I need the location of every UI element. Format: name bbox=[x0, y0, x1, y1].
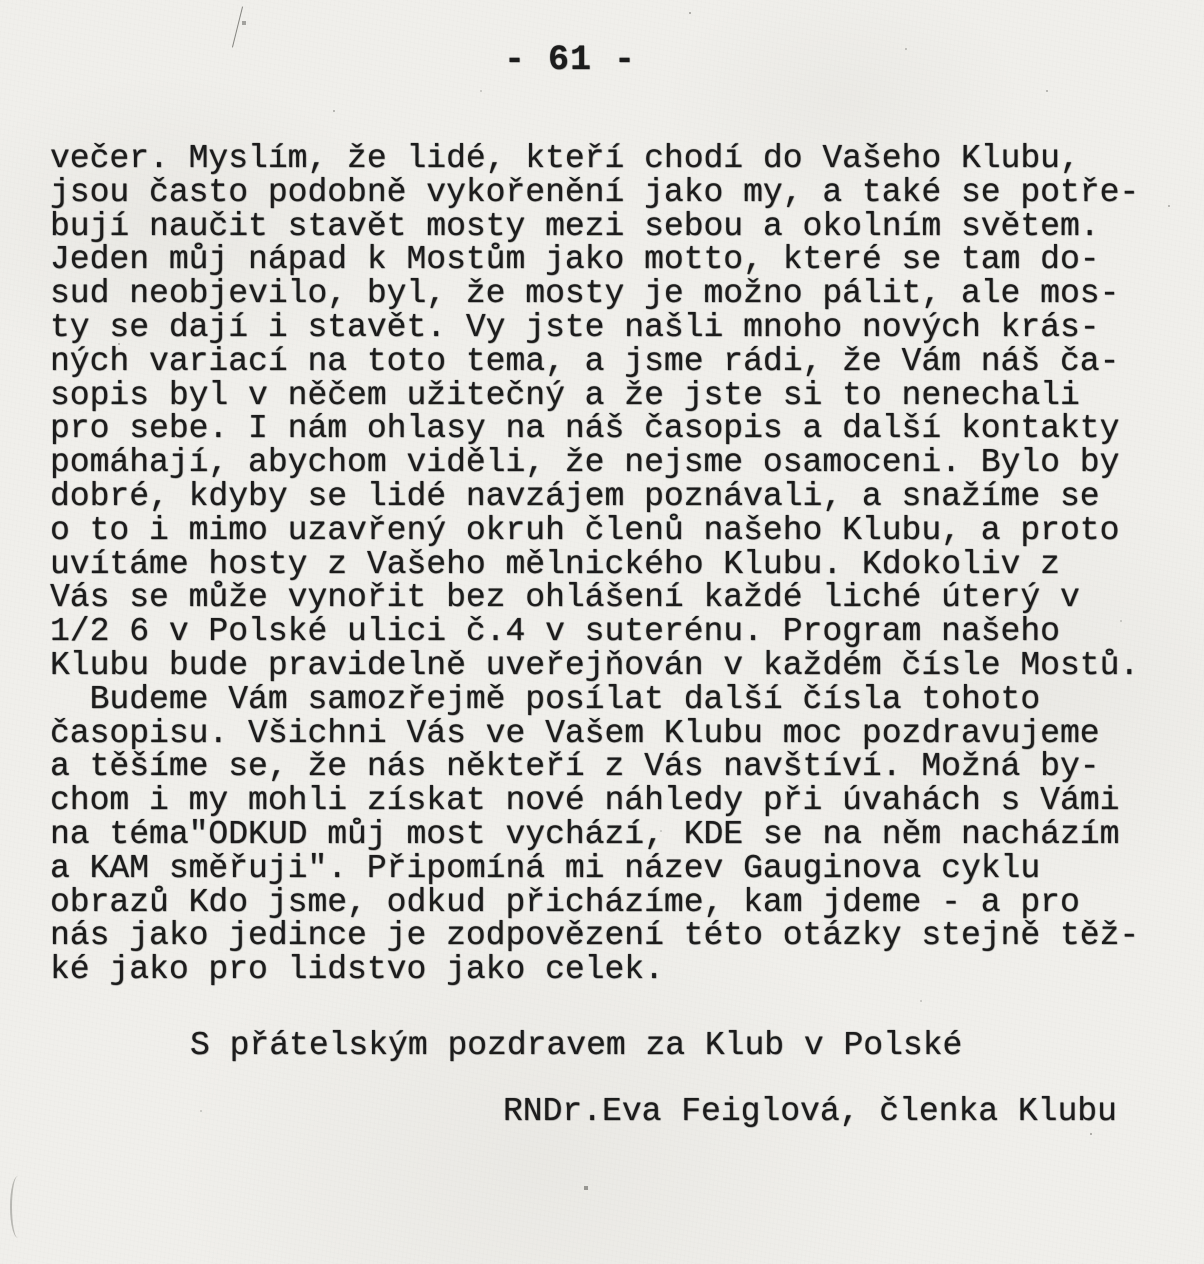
text-line: o to i mimo uzavřený okruh členů našeho … bbox=[50, 514, 1162, 548]
page-number: - 61 - bbox=[0, 40, 1172, 80]
text-line: časopisu. Všichni Vás ve Vašem Klubu moc… bbox=[50, 717, 1162, 751]
body-text: večer. Myslím, že lidé, kteří chodí do V… bbox=[50, 142, 1162, 987]
signature-line: RNDr.Eva Feiglová, členka Klubu bbox=[503, 1093, 1117, 1130]
text-line: ké jako pro lidstvo jako celek. bbox=[50, 953, 1162, 987]
text-line: nás jako jedince je zodpovězení této otá… bbox=[50, 919, 1162, 953]
dust-speckles bbox=[0, 0, 2, 2]
text-line: Klubu bude pravidelně uveřejňován v každ… bbox=[50, 649, 1162, 683]
text-line: pro sebe. I nám ohlasy na náš časopis a … bbox=[50, 412, 1162, 446]
text-line: jsou často podobně vykořenění jako my, a… bbox=[50, 176, 1162, 210]
text-line: pomáhají, abychom viděli, že nejsme osam… bbox=[50, 446, 1162, 480]
text-line: a těšíme se, že nás někteří z Vás navští… bbox=[50, 750, 1162, 784]
text-line: Vás se může vynořit bez ohlášení každé l… bbox=[50, 581, 1162, 615]
text-line: večer. Myslím, že lidé, kteří chodí do V… bbox=[50, 142, 1162, 176]
text-line: uvítáme hosty z Vašeho mělnického Klubu.… bbox=[50, 548, 1162, 582]
closing-line: S přátelským pozdravem za Klub v Polské bbox=[190, 1027, 962, 1064]
scanned-page: { "page": { "number_label": "- 61 -", "b… bbox=[0, 0, 1204, 1264]
text-line: a KAM směřuji". Připomíná mi název Gaugi… bbox=[50, 852, 1162, 886]
text-line: na téma"ODKUD můj most vychází, KDE se n… bbox=[50, 818, 1162, 852]
text-line: chom i my mohli získat nové náhledy při … bbox=[50, 784, 1162, 818]
text-line: sopis byl v něčem užitečný a že jste si … bbox=[50, 379, 1162, 413]
text-line: bují naučit stavět mosty mezi sebou a ok… bbox=[50, 210, 1162, 244]
text-line: sud neobjevilo, byl, že mosty je možno p… bbox=[50, 277, 1162, 311]
text-line: ných variací na toto tema, a jsme rádi, … bbox=[50, 345, 1162, 379]
text-line: Jeden můj nápad k Mostům jako motto, kte… bbox=[50, 243, 1162, 277]
text-line: obrazů Kdo jsme, odkud přicházíme, kam j… bbox=[50, 886, 1162, 920]
text-line: Budeme Vám samozřejmě posílat další čísl… bbox=[50, 683, 1162, 717]
text-line: ty se dají i stavět. Vy jste našli mnoho… bbox=[50, 311, 1162, 345]
text-line: dobré, kdyby se lidé navzájem poznávali,… bbox=[50, 480, 1162, 514]
text-line: 1/2 6 v Polské ulici č.4 v suterénu. Pro… bbox=[50, 615, 1162, 649]
scratch-mark-bottom-left bbox=[10, 1176, 26, 1238]
